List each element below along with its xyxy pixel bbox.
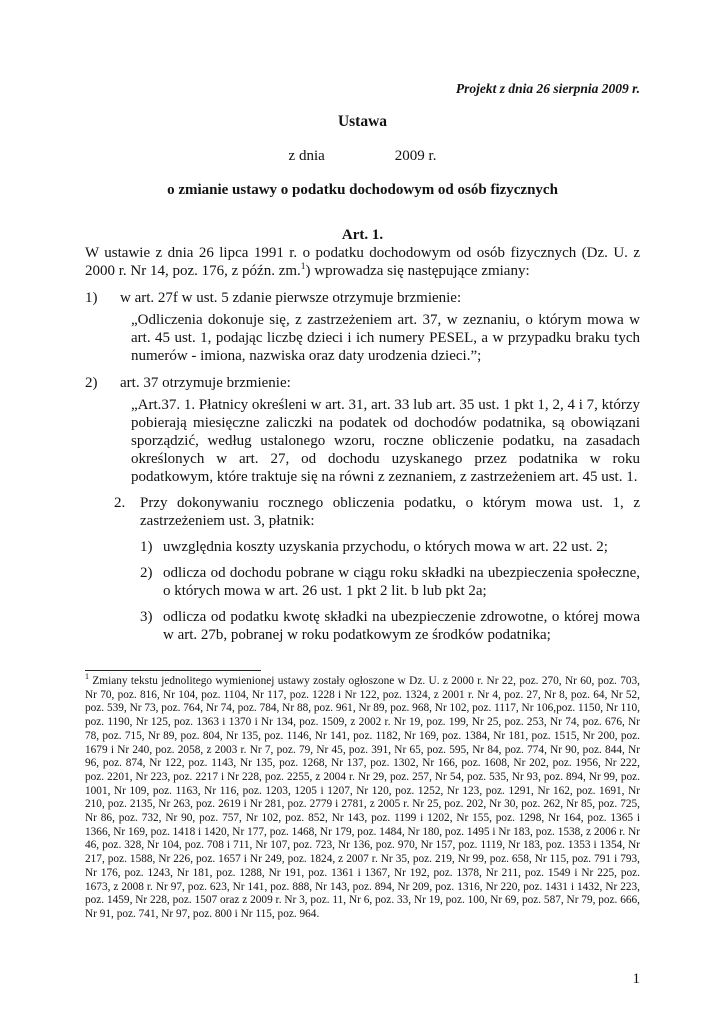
- list-item-2-text: art. 37 otrzymuje brzmienie:: [120, 375, 291, 391]
- footnote-1: 1 Zmiany tekstu jednolitego wymienionej …: [85, 675, 640, 922]
- project-date-line: Projekt z dnia 26 sierpnia 2009 r.: [85, 80, 640, 98]
- list-item-2: 2) art. 37 otrzymuje brzmienie:: [85, 374, 640, 392]
- subitem-3-text: odlicza od podatku kwotę składki na ubez…: [163, 609, 640, 643]
- list-item-2-number: 2): [85, 374, 98, 392]
- list-item-1-number: 1): [85, 289, 98, 307]
- date-line-year: 2009 r.: [395, 148, 437, 164]
- date-line-prefix: z dnia: [289, 148, 325, 164]
- subitem-1: 1) uwzględnia koszty uzyskania przychodu…: [85, 538, 640, 556]
- intro-text-after-ref: ) wprowadza się następujące zmiany:: [306, 263, 530, 279]
- article-1-heading: Art. 1.: [85, 226, 640, 244]
- law-subtitle: o zmianie ustawy o podatku dochodowym od…: [85, 181, 640, 199]
- footnote-1-text: Zmiany tekstu jednolitego wymienionej us…: [85, 675, 640, 920]
- subitem-1-number: 1): [140, 538, 153, 556]
- document-page: Projekt z dnia 26 sierpnia 2009 r. Ustaw…: [0, 0, 724, 1024]
- subitem-2: 2) odlicza od dochodu pobrane w ciągu ro…: [85, 564, 640, 600]
- paragraph-ust-2-number: 2.: [114, 494, 125, 512]
- date-line: z dnia2009 r.: [85, 147, 640, 165]
- paragraph-ust-2: 2. Przy dokonywaniu rocznego obliczenia …: [85, 494, 640, 530]
- footnote-block: 1 Zmiany tekstu jednolitego wymienionej …: [85, 670, 640, 922]
- article-1-intro: W ustawie z dnia 26 lipca 1991 r. o poda…: [85, 244, 640, 280]
- page-number: 1: [633, 970, 641, 988]
- subitem-2-text: odlicza od dochodu pobrane w ciągu roku …: [163, 565, 640, 599]
- list-item-1-text: w art. 27f w ust. 5 zdanie pierwsze otrz…: [120, 290, 461, 306]
- law-title: Ustawa: [85, 113, 640, 131]
- subitem-3: 3) odlicza od podatku kwotę składki na u…: [85, 608, 640, 644]
- subitem-2-number: 2): [140, 564, 153, 582]
- quoted-provision-art27f: „Odliczenia dokonuje się, z zastrzeżenie…: [131, 311, 640, 365]
- list-item-1: 1) w art. 27f w ust. 5 zdanie pierwsze o…: [85, 289, 640, 307]
- subitem-3-number: 3): [140, 608, 153, 626]
- footnote-separator-line: [85, 670, 261, 671]
- subitem-1-text: uwzględnia koszty uzyskania przychodu, o…: [163, 539, 608, 555]
- quoted-provision-art37-ust1: „Art.37. 1. Płatnicy określeni w art. 31…: [131, 396, 640, 486]
- footnote-1-marker: 1: [85, 672, 89, 681]
- paragraph-ust-2-text: Przy dokonywaniu rocznego obliczenia pod…: [140, 495, 640, 529]
